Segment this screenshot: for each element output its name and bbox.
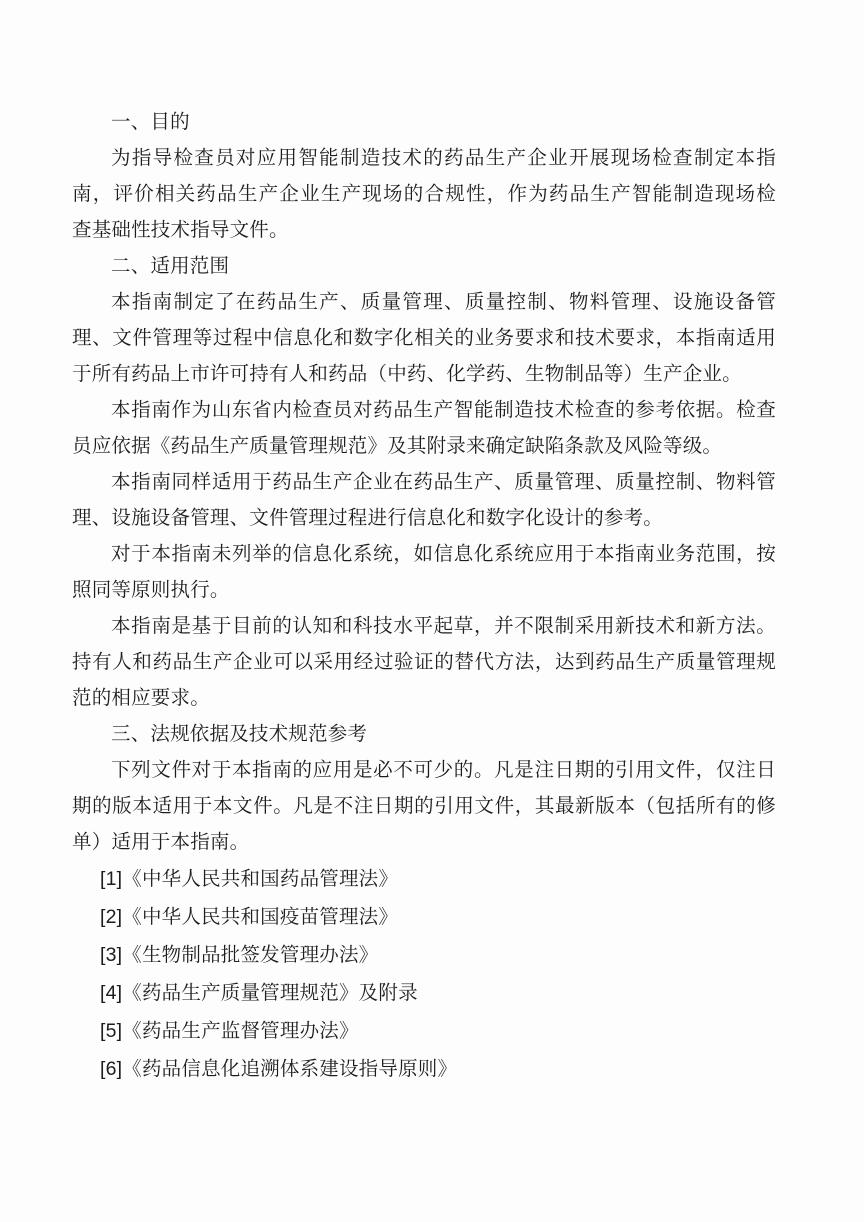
reference-item: [4]《药品生产质量管理规范》及附录 [72, 974, 776, 1012]
paragraph-line: 下列文件对于本指南的应用是必不可少的。凡是注日期的引用文件，仅注日 [72, 752, 776, 788]
paragraph-line: 本指南同样适用于药品生产企业在药品生产、质量管理、质量控制、物料管 [72, 464, 776, 500]
paragraph-line: 理、设施设备管理、文件管理过程进行信息化和数字化设计的参考。 [72, 500, 776, 536]
document-body: 一、目的为指导检查员对应用智能制造技术的药品生产企业开展现场检查制定本指南，评价… [72, 104, 776, 1088]
reference-item: [1]《中华人民共和国药品管理法》 [72, 860, 776, 898]
paragraph-line: 查基础性技术指导文件。 [72, 212, 776, 248]
reference-item: [5]《药品生产监督管理办法》 [72, 1012, 776, 1050]
paragraph-line: 于所有药品上市许可持有人和药品（中药、化学药、生物制品等）生产企业。 [72, 356, 776, 392]
paragraph-line: 本指南制定了在药品生产、质量管理、质量控制、物料管理、设施设备管 [72, 284, 776, 320]
paragraph-line: 本指南作为山东省内检查员对药品生产智能制造技术检查的参考依据。检查 [72, 392, 776, 428]
reference-item: [3]《生物制品批签发管理办法》 [72, 936, 776, 974]
paragraph-line: 单）适用于本指南。 [72, 824, 776, 860]
section-heading: 三、法规依据及技术规范参考 [72, 716, 776, 752]
paragraph-line: 持有人和药品生产企业可以采用经过验证的替代方法，达到药品生产质量管理规 [72, 644, 776, 680]
paragraph-line: 本指南是基于目前的认知和科技水平起草，并不限制采用新技术和新方法。 [72, 608, 776, 644]
paragraph-line: 照同等原则执行。 [72, 572, 776, 608]
paragraph-line: 期的版本适用于本文件。凡是不注日期的引用文件，其最新版本（包括所有的修改 [72, 788, 776, 824]
section-heading: 一、目的 [72, 104, 776, 140]
section-heading: 二、适用范围 [72, 248, 776, 284]
paragraph-line: 范的相应要求。 [72, 680, 776, 716]
paragraph-line: 为指导检查员对应用智能制造技术的药品生产企业开展现场检查制定本指 [72, 140, 776, 176]
paragraph-line: 员应依据《药品生产质量管理规范》及其附录来确定缺陷条款及风险等级。 [72, 428, 776, 464]
paragraph-line: 南，评价相关药品生产企业生产现场的合规性，作为药品生产智能制造现场检 [72, 176, 776, 212]
reference-item: [6]《药品信息化追溯体系建设指导原则》 [72, 1050, 776, 1088]
paragraph-line: 对于本指南未列举的信息化系统，如信息化系统应用于本指南业务范围，按 [72, 536, 776, 572]
document-page: 一、目的为指导检查员对应用智能制造技术的药品生产企业开展现场检查制定本指南，评价… [0, 0, 864, 1222]
reference-item: [2]《中华人民共和国疫苗管理法》 [72, 898, 776, 936]
paragraph-line: 理、文件管理等过程中信息化和数字化相关的业务要求和技术要求，本指南适用 [72, 320, 776, 356]
